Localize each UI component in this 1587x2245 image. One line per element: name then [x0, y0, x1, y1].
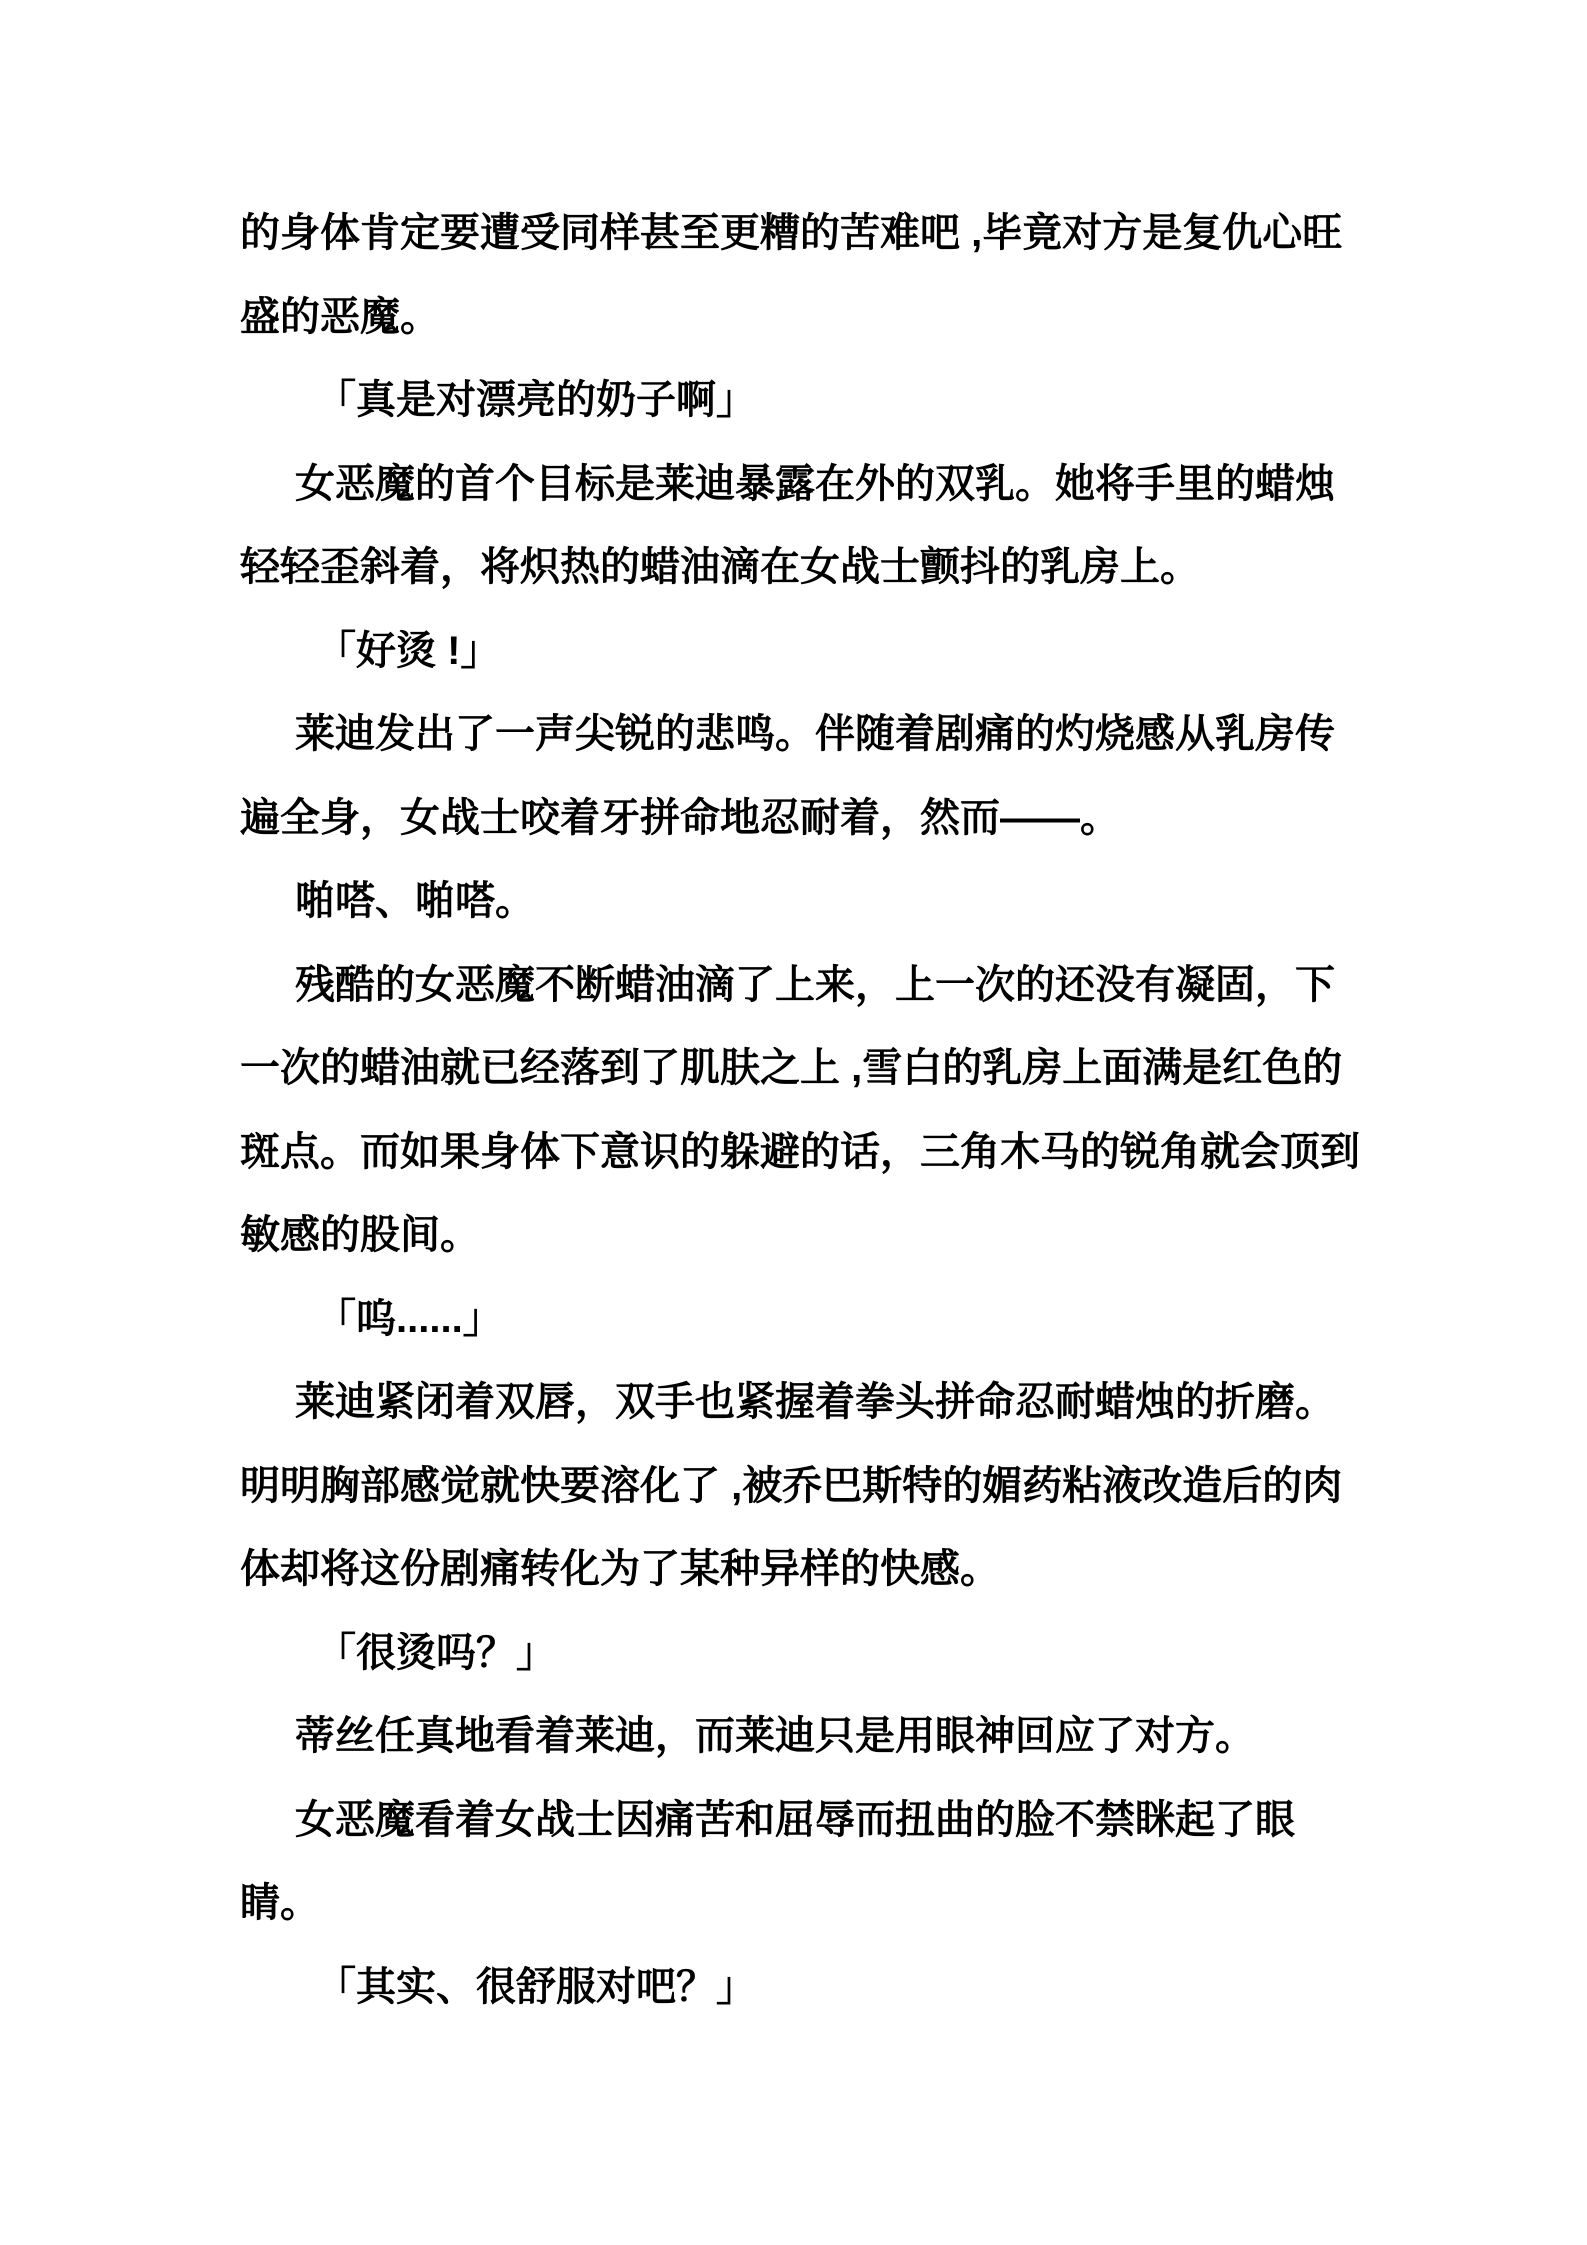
text-line: 体却将这份剧痛转化为了某种异样的快感。	[240, 1528, 1352, 1612]
text-line: 斑点。而如果身体下意识的躲避的话，三角木马的锐角就会顶到	[240, 1111, 1352, 1195]
text-line: 莱迪紧闭着双唇，双手也紧握着拳头拼命忍耐蜡烛的折磨。	[240, 1361, 1352, 1445]
text-line: 一次的蜡油就已经落到了肌肤之上 ,雪白的乳房上面满是红色的	[240, 1027, 1352, 1111]
text-line: 「呜......」	[240, 1278, 1352, 1362]
text-line: 「其实、很舒服对吧？」	[240, 1946, 1352, 2030]
text-line: 莱迪发出了一声尖锐的悲鸣。伴随着剧痛的灼烧感从乳房传	[240, 693, 1352, 777]
text-line: 女恶魔看着女战士因痛苦和屈辱而扭曲的脸不禁眯起了眼	[240, 1779, 1352, 1863]
text-line: 的身体肯定要遭受同样甚至更糟的苦难吧 ,毕竟对方是复仇心旺	[240, 192, 1352, 276]
document-page: 的身体肯定要遭受同样甚至更糟的苦难吧 ,毕竟对方是复仇心旺盛的恶魔。「真是对漂亮…	[0, 0, 1587, 2245]
body-text: 的身体肯定要遭受同样甚至更糟的苦难吧 ,毕竟对方是复仇心旺盛的恶魔。「真是对漂亮…	[240, 192, 1352, 2029]
text-line: 女恶魔的首个目标是莱迪暴露在外的双乳。她将手里的蜡烛	[240, 443, 1352, 527]
text-line: 轻轻歪斜着，将炽热的蜡油滴在女战士颤抖的乳房上。	[240, 526, 1352, 610]
text-line: 残酷的女恶魔不断蜡油滴了上来，上一次的还没有凝固，下	[240, 944, 1352, 1028]
text-line: 遍全身，女战士咬着牙拼命地忍耐着，然而——。	[240, 777, 1352, 861]
text-line: 啪嗒、啪嗒。	[240, 860, 1352, 944]
text-line: 「真是对漂亮的奶子啊」	[240, 359, 1352, 443]
text-line: 明明胸部感觉就快要溶化了 ,被乔巴斯特的媚药粘液改造后的肉	[240, 1445, 1352, 1529]
text-line: 敏感的股间。	[240, 1194, 1352, 1278]
text-line: 睛。	[240, 1862, 1352, 1946]
text-line: 「好烫 !」	[240, 610, 1352, 694]
text-line: 「很烫吗？」	[240, 1612, 1352, 1696]
text-line: 盛的恶魔。	[240, 276, 1352, 360]
text-line: 蒂丝任真地看着莱迪，而莱迪只是用眼神回应了对方。	[240, 1695, 1352, 1779]
